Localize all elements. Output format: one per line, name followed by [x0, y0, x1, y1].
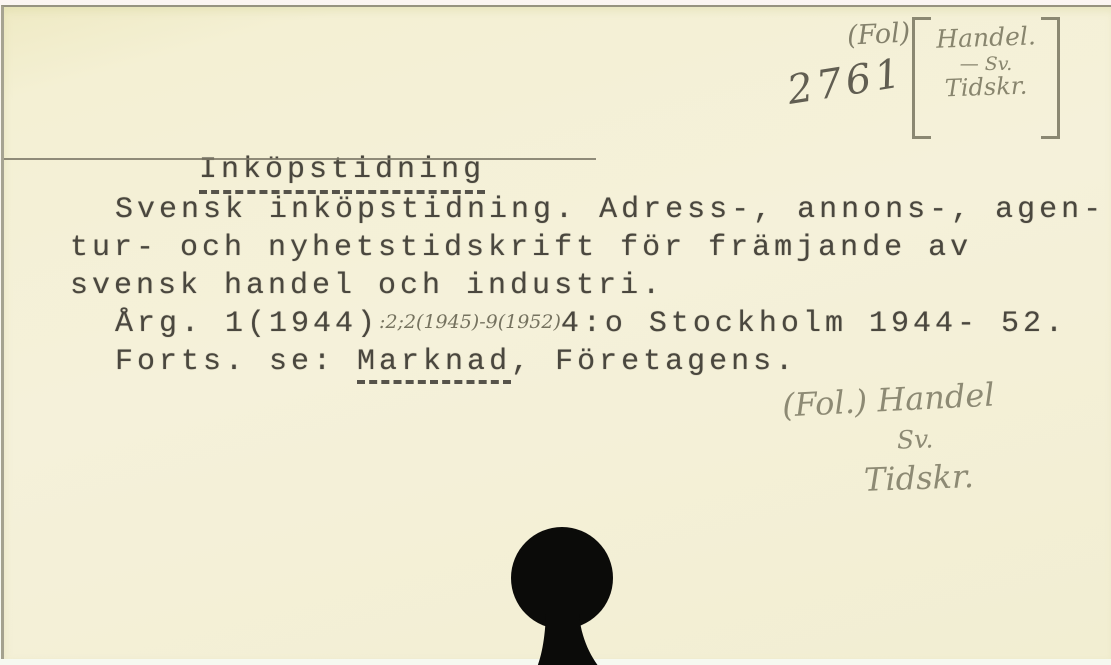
holdings-handwritten-insert: :2;2(1945)-9(1952): [379, 311, 561, 333]
body-line-2: tur- och nyhetstidskrift för främjande a…: [70, 231, 972, 265]
holdings-typed-end: 4:o Stockholm 1944- 52.: [561, 307, 1067, 341]
format-subject-note-line-2: Sv.: [897, 424, 934, 454]
catalog-card: Inköpstidning Svensk inköpstidning. Adre…: [1, 5, 1111, 659]
format-note-top: (Fol): [846, 17, 911, 51]
format-subject-note-line-3: Tidskr.: [863, 457, 974, 499]
subject-line-3: Tidskr.: [912, 70, 1061, 103]
shelf-number: 2761: [784, 50, 908, 114]
punch-hole-icon: [504, 522, 629, 665]
body-line-1: Svensk inköpstidning. Adress-, annons-, …: [115, 193, 1105, 227]
body-line-3: svensk handel och industri.: [70, 269, 664, 303]
continuation-reference: Marknad: [357, 345, 511, 384]
continuation-prefix: Forts. se:: [115, 345, 357, 379]
body-line-4: Årg. 1(1944):2;2(1945)-9(1952)4:o Stockh…: [115, 307, 1067, 341]
format-subject-note-line-1: (Fol.) Handel: [781, 375, 995, 424]
body-line-5: Forts. se: Marknad, Företagens.: [115, 345, 797, 379]
subject-line-1: Handel.: [912, 20, 1061, 54]
continuation-suffix: , Företagens.: [511, 345, 797, 379]
subject-heading-bracket: Handel. — Sv. Tidskr.: [912, 17, 1060, 133]
holdings-typed-start: Årg. 1(1944): [115, 307, 379, 341]
horizontal-rule: [4, 158, 596, 160]
scan-background: Inköpstidning Svensk inköpstidning. Adre…: [0, 0, 1111, 665]
